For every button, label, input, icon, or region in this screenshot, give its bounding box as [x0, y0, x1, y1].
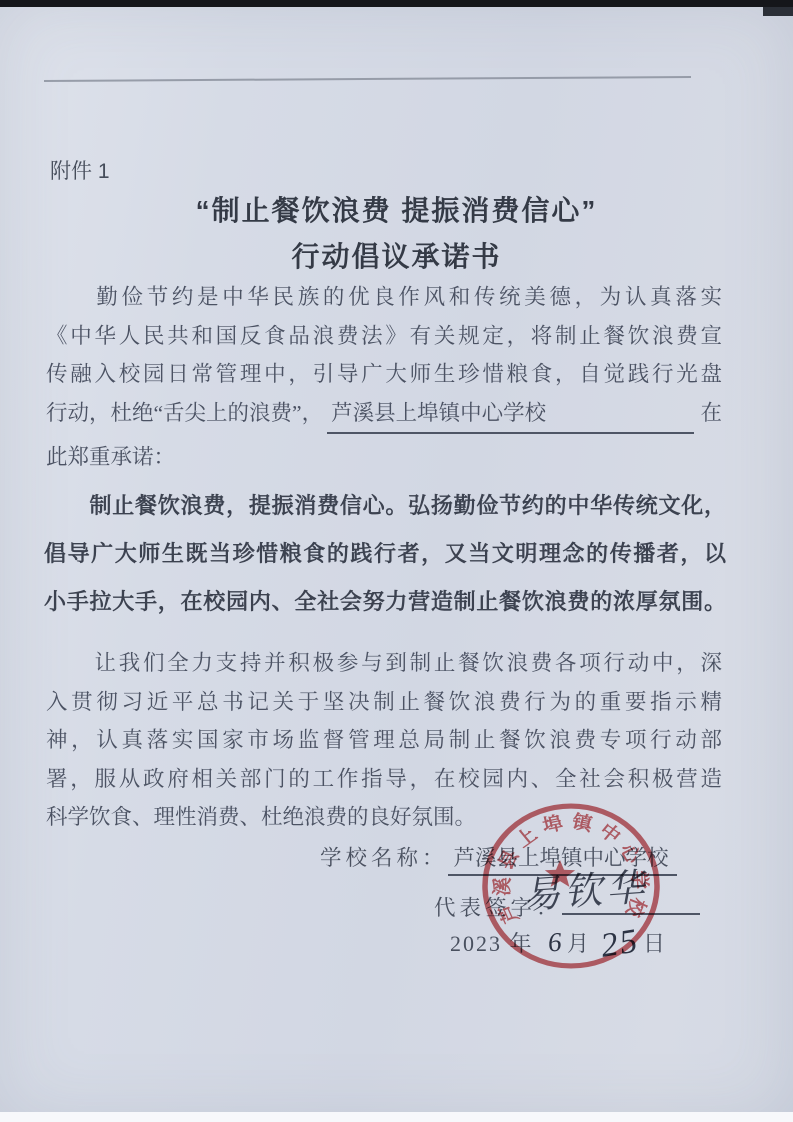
paragraph-1: 勤俭节约是中华民族的优良作风和传统美德，为认真落实 《中华人民共和国反食品浪费法… — [46, 278, 722, 477]
paragraph-3-line: 让我们全力支持并积极参与到制止餐饮浪费各项行动中，深 — [46, 644, 722, 683]
paragraph-1-line: 勤俭节约是中华民族的优良作风和传统美德，为认真落实 — [46, 278, 722, 317]
paragraph-1-line: 此郑重承诺： — [46, 438, 722, 477]
official-red-seal: 芦溪县上埠镇中心学校 — [471, 786, 671, 986]
paragraph-1-line-with-blank: 行动，杜绝“舌尖上的浪费”， 芦溪县上埠镇中心学校 在 — [46, 394, 722, 439]
paragraph-2-bold: 制止餐饮浪费，提振消费信心。弘扬勤俭节约的中华传统文化， 倡导广大师生既当珍惜粮… — [44, 482, 726, 626]
school-name-fill-in: 芦溪县上埠镇中心学校 — [327, 394, 694, 435]
scan-top-edge — [0, 0, 793, 7]
paragraph-1-line: 传融入校园日常管理中，引导广大师生珍惜粮食，自觉践行光盘 — [46, 355, 722, 394]
attachment-label: 附件 1 — [50, 155, 110, 185]
page-top-rule — [44, 76, 691, 82]
paragraph-3-line: 神，认真落实国家市场监督管理总局制止餐饮浪费专项行动部 — [46, 721, 722, 760]
paragraph-1-line: 《中华人民共和国反食品浪费法》有关规定，将制止餐饮浪费宣 — [46, 317, 722, 356]
school-name-label: 学校名称： — [320, 841, 448, 872]
blank-line-suffix: 在 — [700, 394, 722, 433]
scan-corner-artifact — [763, 7, 793, 16]
star-icon — [545, 860, 575, 887]
scan-bottom-edge — [0, 1112, 793, 1122]
document-title-line1: “制止餐饮浪费 提振消费信心” — [0, 189, 793, 229]
document-photo: 附件 1 “制止餐饮浪费 提振消费信心” 行动倡议承诺书 勤俭节约是中华民族的优… — [0, 0, 793, 1122]
paragraph-2-line: 制止餐饮浪费，提振消费信心。弘扬勤俭节约的中华传统文化， — [44, 482, 726, 530]
blank-line-prefix: 行动，杜绝“舌尖上的浪费”， — [46, 394, 323, 433]
paragraph-2-line: 小手拉大手，在校园内、全社会努力营造制止餐饮浪费的浓厚氛围。 — [44, 578, 726, 626]
paragraph-3-line: 入贯彻习近平总书记关于坚决制止餐饮浪费行为的重要指示精 — [46, 683, 722, 722]
paragraph-2-line: 倡导广大师生既当珍惜粮食的践行者，又当文明理念的传播者，以 — [44, 530, 726, 578]
document-title-line2: 行动倡议承诺书 — [0, 235, 793, 275]
